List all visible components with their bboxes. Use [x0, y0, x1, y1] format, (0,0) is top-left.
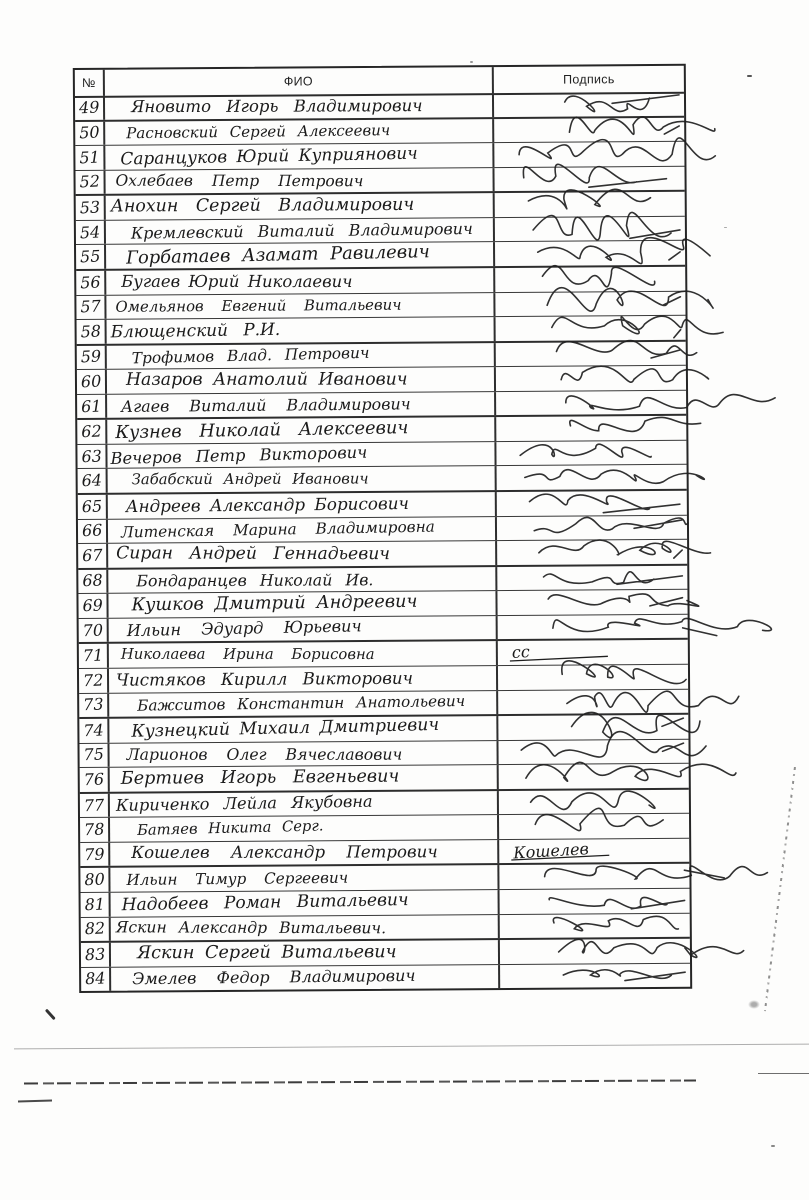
row-name: Кушков Дмитрий Андреевич — [108, 594, 417, 616]
signature-scribble — [496, 390, 686, 416]
signature-scribble — [498, 689, 688, 715]
signature-scribble — [497, 491, 687, 517]
signature-scribble — [495, 192, 685, 218]
signature-scribble — [494, 92, 684, 118]
signature-scribble — [499, 864, 689, 890]
row-number: 58 — [80, 323, 101, 340]
row-number: 52 — [79, 174, 100, 191]
scan-artifact-scratch — [764, 767, 796, 1011]
row-number: 69 — [82, 597, 103, 614]
row-number: 54 — [79, 224, 100, 241]
signature-scribble — [498, 665, 688, 691]
row-number: 79 — [84, 846, 105, 863]
signature-scribble — [495, 241, 685, 267]
signature-scribble — [498, 715, 688, 741]
scan-artifact-speck — [747, 75, 752, 77]
scan-artifact-broken-line — [24, 1080, 696, 1085]
scan-artifact-speck — [771, 1145, 775, 1147]
row-number: 74 — [83, 722, 104, 739]
signature-scribble — [500, 963, 690, 989]
row-number: 61 — [81, 398, 102, 415]
signature-scribble — [496, 441, 686, 467]
row-number: 49 — [79, 99, 100, 116]
signature-scribble — [500, 889, 690, 915]
row-name: Ильин Тимур Сергеевич — [110, 870, 348, 888]
row-name: Охлебаев Петр Петрович — [106, 173, 364, 189]
row-number: 57 — [80, 299, 101, 316]
table-body: 49 Яновито Игорь Владимирович 50 Расновс… — [75, 92, 690, 991]
row-number: 83 — [84, 946, 105, 963]
row-name: Назаров Анатолий Иванович — [107, 372, 408, 390]
signature-scribble — [496, 416, 686, 442]
signature-text: Кошелев — [499, 841, 589, 862]
row-name: Вечеров Петр Викторович — [107, 444, 367, 467]
row-number: 80 — [84, 872, 105, 889]
row-name: Забабский Андрей Иванович — [108, 472, 369, 488]
row-name: Кошелев Александр Петрович — [110, 845, 437, 862]
row-number: 78 — [84, 822, 105, 839]
table-row: 84 Эмелев Федор Владимирович — [81, 962, 690, 991]
row-name: Николаева Ирина Борисовна — [109, 647, 375, 662]
row-number: 62 — [81, 424, 102, 441]
signature-scribble — [497, 515, 687, 541]
row-name: Ильин Эдуард Юрьевич — [109, 619, 362, 640]
row-name: Кириченко Лейла Якубовна — [110, 794, 373, 815]
row-name: Чистяков Кирилл Викторович — [109, 670, 413, 689]
signature-scribble — [494, 117, 684, 143]
signature-scribble — [500, 913, 690, 939]
row-name: Анохин Сергей Владимирович — [106, 197, 415, 216]
row-number: 81 — [84, 896, 105, 913]
row-name: Сиран Андрей Геннадьевич — [108, 546, 390, 564]
header-name: ФИО — [105, 67, 494, 96]
signature-scribble — [497, 565, 687, 591]
signature-scribble — [496, 366, 686, 392]
row-name: Бугаев Юрий Николаевич — [106, 273, 352, 290]
scan-artifact-short-dash — [18, 1100, 52, 1103]
row-number: 75 — [83, 747, 104, 764]
row-number: 84 — [85, 971, 106, 988]
signature-scribble — [496, 316, 686, 342]
signature-scribble — [497, 590, 687, 616]
signature-scribble — [498, 739, 688, 765]
row-name: Омельянов Евгений Витальевич — [106, 297, 401, 314]
row-number: 67 — [82, 547, 103, 564]
row-number: 76 — [83, 771, 104, 788]
signature-scribble — [499, 814, 689, 840]
row-name: Бажситов Константин Анатольевич — [109, 694, 465, 714]
scan-artifact-right-line — [758, 1073, 809, 1074]
signature-table: № ФИО Подпись 49 Яновито Игорь Владимиро… — [73, 64, 692, 993]
row-number: 71 — [82, 648, 103, 665]
row-name: Яскин Сергей Витальевич — [111, 944, 397, 963]
row-name: Эмелев Федор Владимирович — [111, 968, 415, 988]
signature-scribble — [499, 764, 689, 790]
row-name: Горбатаев Азамат Равилевич — [106, 243, 430, 268]
row-number: 55 — [80, 249, 101, 266]
row-name: Бертиев Игорь Евгеньевич — [110, 769, 400, 789]
row-number: 50 — [79, 125, 100, 142]
signature-scribble — [498, 615, 688, 641]
row-name: Блющенский Р.И. — [106, 321, 280, 341]
scan-artifact-speck — [724, 227, 727, 228]
row-name: Литенская Марина Владимировна — [108, 519, 435, 540]
scan-artifact-speck — [470, 61, 473, 63]
row-number: 65 — [81, 498, 102, 515]
row-name: Кузнев Николай Алексеевич — [107, 419, 408, 442]
row-name: Бондаранцев Николай Ив. — [108, 572, 373, 589]
row-name: Кузнецкий Михаил Дмитриевич — [109, 717, 439, 742]
row-number: 70 — [82, 622, 103, 639]
signature-scribble — [495, 291, 685, 317]
scan-artifact-tick-mark — [45, 1009, 56, 1020]
row-number: 77 — [83, 797, 104, 814]
row-number: 60 — [80, 373, 101, 390]
row-name: Андреев Александр Борисович — [108, 495, 409, 515]
scan-artifact-faint-line — [14, 1044, 809, 1050]
row-number: 72 — [83, 672, 104, 689]
signature-text: сс — [497, 644, 530, 662]
signature-scribble — [497, 540, 687, 566]
signature-scribble — [494, 142, 684, 168]
row-name: Ларионов Олег Вячеславович — [110, 746, 403, 762]
row-name: Агаев Виталий Владимирович — [107, 396, 411, 415]
signature-scribble — [499, 789, 689, 815]
row-number: 68 — [82, 573, 103, 590]
row-number: 53 — [79, 200, 100, 217]
row-number: 82 — [84, 921, 105, 938]
signature-scribble — [497, 465, 687, 491]
row-name: Надобеев Роман Витальевич — [110, 892, 408, 914]
signature-scribble — [496, 341, 686, 367]
row-name: Саранцуков Юрий Куприянович — [105, 145, 418, 168]
scan-artifact-smudge — [748, 1000, 760, 1009]
signature-scribble — [495, 267, 685, 293]
signature-scribble — [500, 939, 690, 965]
row-number: 51 — [79, 149, 100, 166]
row-number: 73 — [83, 697, 104, 714]
row-name: Расновский Сергей Алексеевич — [105, 123, 390, 141]
row-name: Кремлевский Виталий Владимирович — [106, 221, 473, 242]
row-number: 56 — [80, 274, 101, 291]
row-name: Трофимов Влад. Петрович — [107, 346, 370, 367]
header-signature: Подпись — [494, 66, 684, 93]
row-number: 64 — [81, 473, 102, 490]
header-number: № — [75, 70, 105, 96]
row-number: 59 — [80, 349, 101, 366]
row-number: 63 — [81, 448, 102, 465]
row-name: Батяев Никита Серг. — [110, 819, 324, 839]
signature-scribble — [494, 166, 684, 192]
row-name: Яскин Александр Витальевич. — [111, 920, 386, 937]
row-name: Яновито Игорь Владимирович — [105, 98, 423, 116]
row-number: 66 — [81, 523, 102, 540]
